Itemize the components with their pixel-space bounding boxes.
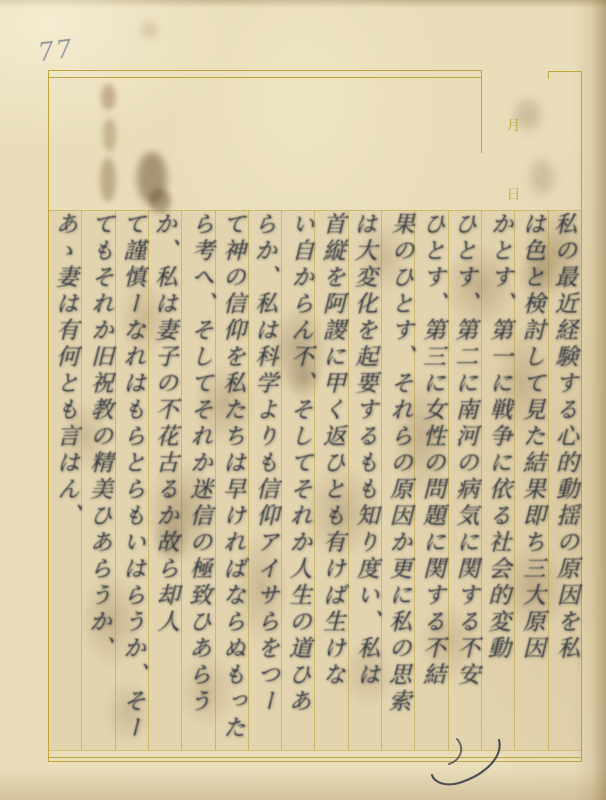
ink-smudge [137,152,167,204]
manuscript-page: 77 月 日 私の最近経験する心的動揺の原因を私は色と検討して見た結果即ち三大原… [0,0,606,800]
ink-smudge [530,160,554,194]
manuscript-column: 果のひとす、それらの原因か更に私の思索 [380,212,418,750]
manuscript-column: らか、私は科学よりも信仰アイサらをつー [246,212,284,750]
manuscript-column: あゝ妻は有何とも言はん、 [47,212,85,750]
manuscript-column: ひとす、第二に南河の病気に関する不安 [446,212,484,750]
manuscript-column: い自からん不、そしてそれか人生の道ひあ [280,212,318,750]
frame-top-right-tick [548,71,549,79]
manuscript-column: て謹慎ーなれはもらとらもいはらうか、そー [115,212,149,750]
manuscript-column: ひとす、第三に女性の問題に関する不結 [415,212,449,750]
date-column-divider [481,70,482,153]
manuscript-column: て神の信仰を私たちは早ければならぬもった [215,212,249,750]
frame-bottom-line-inner [48,757,581,758]
frame-top-line-inner [48,77,481,78]
manuscript-column: 首縦を阿謖に甲く返ひとも有けば生けな [315,212,349,750]
ink-smudge [100,158,116,202]
manuscript-column: は色と検討して見た結果即ち三大原因 [515,212,549,750]
manuscript-text-area: 私の最近経験する心的動揺の原因を私は色と検討して見た結果即ち三大原因かとす、第一… [48,212,582,750]
manuscript-column: てもそれか旧祝教の精美ひあらうか、 [80,212,118,750]
pencil-page-number: 77 [36,34,75,67]
manuscript-column: かとす、第一に戦争に依る社会的変動 [480,212,518,750]
manuscript-column: か、私は妻子の不花古るか故ら却人 [147,212,185,750]
day-label: 日 [497,184,530,204]
month-label: 月 [497,115,530,135]
manuscript-column: は大変化を起要するもも知り度い、私は [346,212,384,750]
frame-top-line-outer [48,70,481,71]
manuscript-column: 私の最近経験する心的動揺の原因を私 [546,212,584,750]
ink-smudge [101,84,116,110]
ink-smudge [103,118,116,152]
frame-top-right-segment [548,71,582,72]
ink-smudge [140,22,158,38]
frame-bottom-line-outer [48,761,581,762]
columns-bottom-rule [48,750,581,751]
manuscript-column: ら考へ、そしてそれか迷信の極致ひあらう [180,212,218,750]
